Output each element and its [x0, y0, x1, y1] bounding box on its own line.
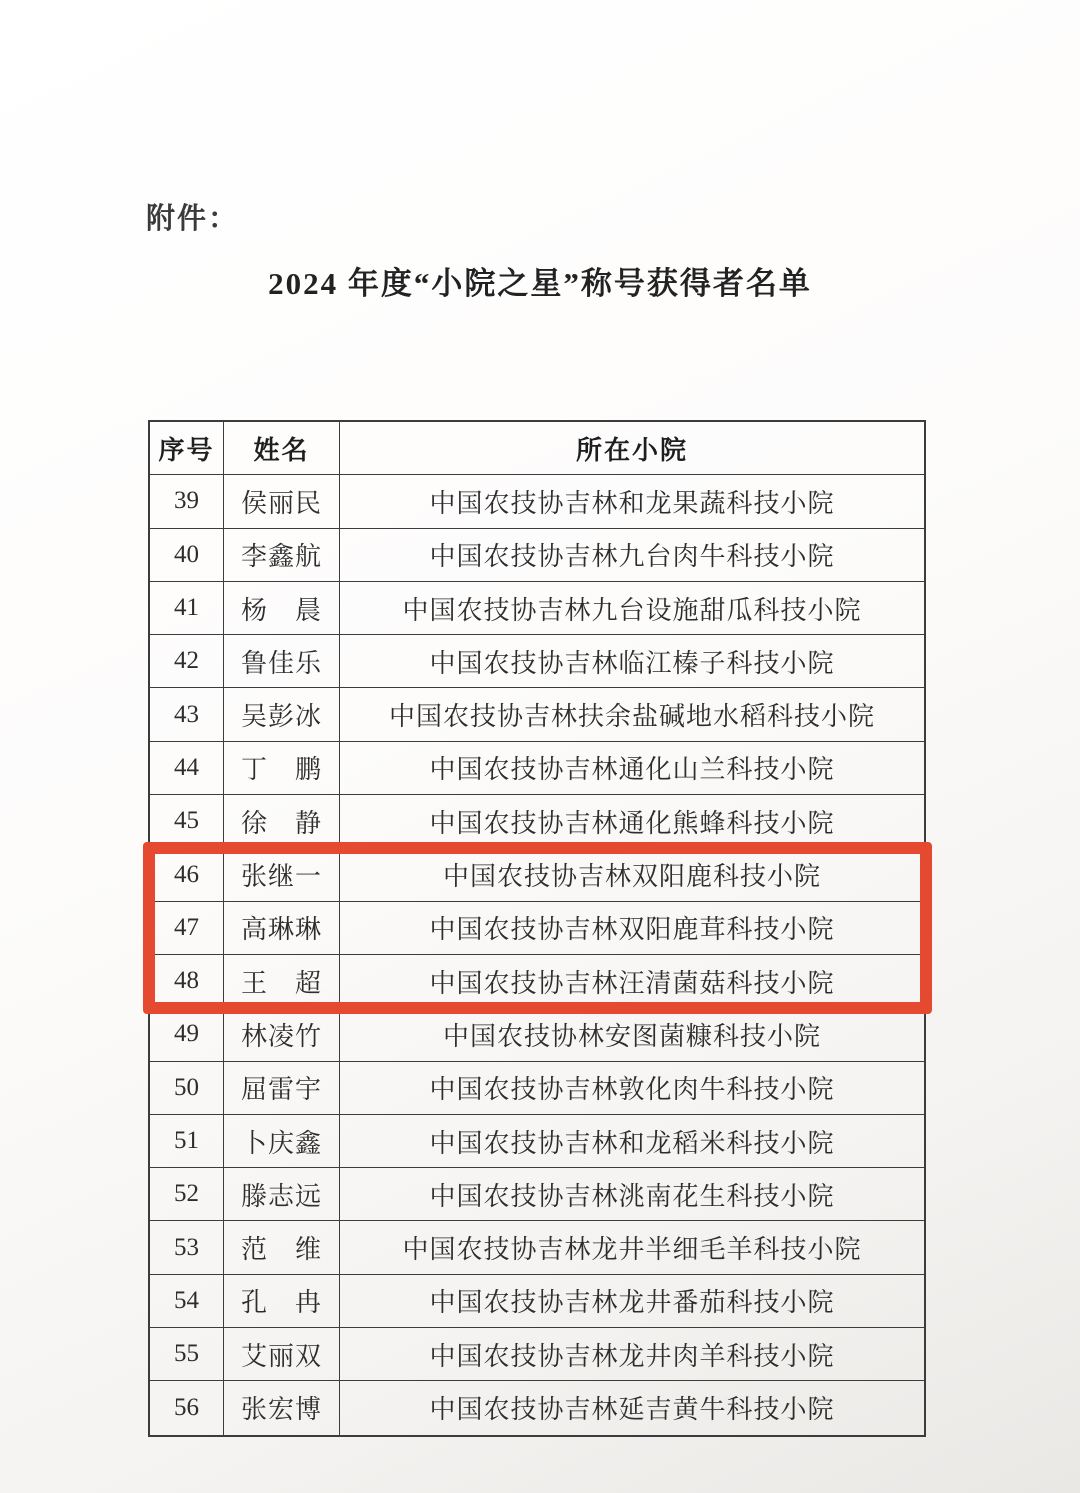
row-number: 42 [150, 635, 224, 687]
table-row: 41 杨 晨 中国农技协吉林九台设施甜瓜科技小院 [150, 582, 924, 635]
row-number: 52 [150, 1168, 224, 1220]
table-row: 51 卜庆鑫 中国农技协吉林和龙稻米科技小院 [150, 1115, 924, 1168]
table-row: 54 孔 冉 中国农技协吉林龙井番茄科技小院 [150, 1275, 924, 1328]
column-header-institute: 所在小院 [340, 422, 924, 474]
row-number: 56 [150, 1381, 224, 1434]
institute-name: 中国农技协吉林敦化肉牛科技小院 [340, 1062, 924, 1114]
awardee-name: 高琳琳 [224, 902, 340, 954]
row-number: 49 [150, 1008, 224, 1060]
row-number: 44 [150, 742, 224, 794]
row-number: 39 [150, 475, 224, 527]
institute-name: 中国农技协吉林双阳鹿科技小院 [340, 848, 924, 900]
awardee-name: 滕志远 [224, 1168, 340, 1220]
awardee-name: 徐 静 [224, 795, 340, 847]
table-row: 46 张继一 中国农技协吉林双阳鹿科技小院 [150, 848, 924, 901]
page-title: 2024 年度“小院之星”称号获得者名单 [0, 258, 1080, 303]
row-number: 46 [150, 848, 224, 900]
row-number: 51 [150, 1115, 224, 1167]
awardee-name: 范 维 [224, 1221, 340, 1273]
institute-name: 中国农技协吉林双阳鹿茸科技小院 [340, 902, 924, 954]
institute-name: 中国农技协吉林和龙果蔬科技小院 [340, 475, 924, 527]
awardee-name: 艾丽双 [224, 1328, 340, 1380]
row-number: 47 [150, 902, 224, 954]
awardee-name: 吴彭冰 [224, 688, 340, 740]
document-page: 附件： 2024 年度“小院之星”称号获得者名单 序号 姓名 所在小院 39 侯… [0, 0, 1080, 1493]
column-header-number: 序号 [150, 422, 224, 474]
table-row: 45 徐 静 中国农技协吉林通化熊蜂科技小院 [150, 795, 924, 848]
awardee-name: 杨 晨 [224, 582, 340, 634]
table-row: 55 艾丽双 中国农技协吉林龙井肉羊科技小院 [150, 1328, 924, 1381]
table-row: 49 林凌竹 中国农技协林安图菌糠科技小院 [150, 1008, 924, 1061]
row-number: 48 [150, 955, 224, 1007]
awardee-name: 丁 鹏 [224, 742, 340, 794]
awardee-name: 卜庆鑫 [224, 1115, 340, 1167]
awardee-name: 屈雷宇 [224, 1062, 340, 1114]
institute-name: 中国农技协吉林龙井半细毛羊科技小院 [340, 1221, 924, 1273]
institute-name: 中国农技协吉林九台肉牛科技小院 [340, 529, 924, 581]
table-header-row: 序号 姓名 所在小院 [150, 422, 924, 475]
column-header-name: 姓名 [224, 422, 340, 474]
awardee-name: 王 超 [224, 955, 340, 1007]
row-number: 55 [150, 1328, 224, 1380]
institute-name: 中国农技协吉林扶余盐碱地水稻科技小院 [340, 688, 924, 740]
institute-name: 中国农技协吉林洮南花生科技小院 [340, 1168, 924, 1220]
table-row: 39 侯丽民 中国农技协吉林和龙果蔬科技小院 [150, 475, 924, 528]
awardee-name: 李鑫航 [224, 529, 340, 581]
awardees-table: 序号 姓名 所在小院 39 侯丽民 中国农技协吉林和龙果蔬科技小院 40 李鑫航… [148, 420, 926, 1437]
row-number: 45 [150, 795, 224, 847]
institute-name: 中国农技协林安图菌糠科技小院 [340, 1008, 924, 1060]
institute-name: 中国农技协吉林临江榛子科技小院 [340, 635, 924, 687]
row-number: 43 [150, 688, 224, 740]
table-row: 47 高琳琳 中国农技协吉林双阳鹿茸科技小院 [150, 902, 924, 955]
row-number: 50 [150, 1062, 224, 1114]
table-row: 42 鲁佳乐 中国农技协吉林临江榛子科技小院 [150, 635, 924, 688]
awardee-name: 张宏博 [224, 1381, 340, 1434]
row-number: 41 [150, 582, 224, 634]
institute-name: 中国农技协吉林通化山兰科技小院 [340, 742, 924, 794]
row-number: 40 [150, 529, 224, 581]
table-body: 39 侯丽民 中国农技协吉林和龙果蔬科技小院 40 李鑫航 中国农技协吉林九台肉… [150, 475, 924, 1434]
table-row: 40 李鑫航 中国农技协吉林九台肉牛科技小院 [150, 529, 924, 582]
row-number: 53 [150, 1221, 224, 1273]
institute-name: 中国农技协吉林和龙稻米科技小院 [340, 1115, 924, 1167]
awardee-name: 林凌竹 [224, 1008, 340, 1060]
row-number: 54 [150, 1275, 224, 1327]
institute-name: 中国农技协吉林通化熊蜂科技小院 [340, 795, 924, 847]
awardee-name: 孔 冉 [224, 1275, 340, 1327]
institute-name: 中国农技协吉林延吉黄牛科技小院 [340, 1381, 924, 1434]
table-row: 48 王 超 中国农技协吉林汪清菌菇科技小院 [150, 955, 924, 1008]
table-row: 52 滕志远 中国农技协吉林洮南花生科技小院 [150, 1168, 924, 1221]
table-row: 53 范 维 中国农技协吉林龙井半细毛羊科技小院 [150, 1221, 924, 1274]
table-row: 43 吴彭冰 中国农技协吉林扶余盐碱地水稻科技小院 [150, 688, 924, 741]
institute-name: 中国农技协吉林龙井肉羊科技小院 [340, 1328, 924, 1380]
awardee-name: 侯丽民 [224, 475, 340, 527]
attachment-label: 附件： [146, 196, 239, 237]
table-row: 50 屈雷宇 中国农技协吉林敦化肉牛科技小院 [150, 1062, 924, 1115]
awardee-name: 张继一 [224, 848, 340, 900]
institute-name: 中国农技协吉林九台设施甜瓜科技小院 [340, 582, 924, 634]
table-row: 44 丁 鹏 中国农技协吉林通化山兰科技小院 [150, 742, 924, 795]
institute-name: 中国农技协吉林龙井番茄科技小院 [340, 1275, 924, 1327]
institute-name: 中国农技协吉林汪清菌菇科技小院 [340, 955, 924, 1007]
table-row: 56 张宏博 中国农技协吉林延吉黄牛科技小院 [150, 1381, 924, 1434]
awardee-name: 鲁佳乐 [224, 635, 340, 687]
